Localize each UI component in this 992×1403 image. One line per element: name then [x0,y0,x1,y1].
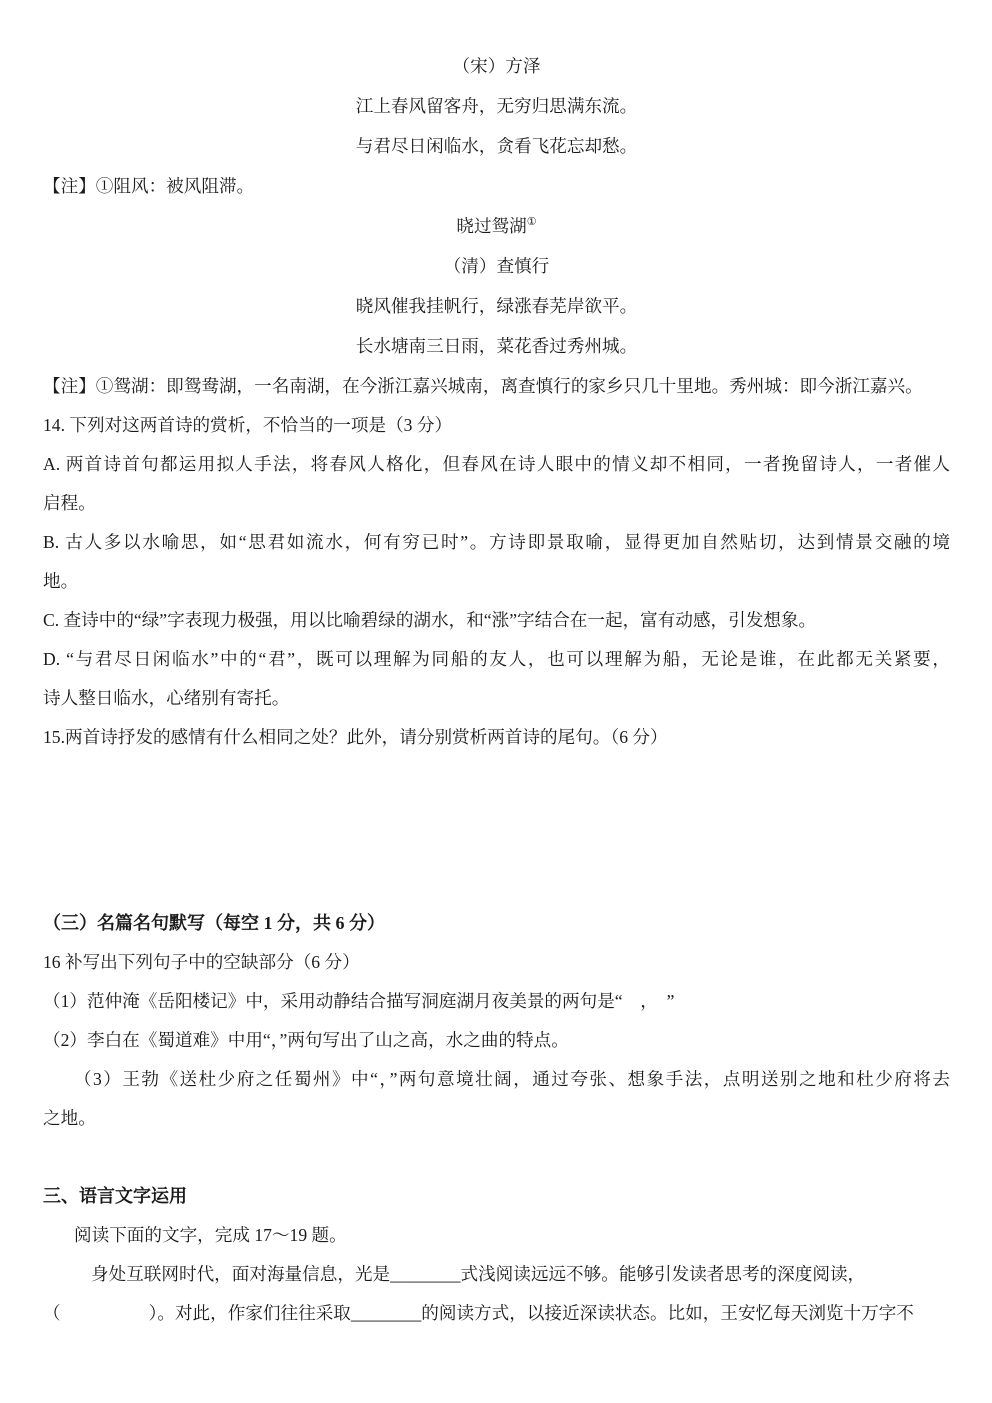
question16-item-3-line-1: （3）王勃《送杜少府之任蜀州》中“，”两句意境壮阔，通过夸张、想象手法，点明送别… [43,1060,950,1099]
question15-stem: 15.两首诗抒发的感情有什么相同之处？此外，请分别赏析两首诗的尾句。（6 分） [43,718,950,757]
poem2-line-2: 长水塘南三日雨，菜花香过秀州城。 [43,326,950,366]
poem2-author: （清）查慎行 [43,246,950,286]
question16-item-3-line-2: 之地。 [43,1099,950,1138]
poem1-author: （宋）方泽 [43,46,950,86]
poem1-line-1: 江上春风留客舟，无穷归思满东流。 [43,86,950,126]
question16-stem: 16 补写出下列句子中的空缺部分（6 分） [43,943,950,982]
poem2-title-note-ref: ① [527,216,537,228]
section-three-heading: 三、语言文字运用 [43,1177,950,1216]
question14-option-a-line-2: 启程。 [43,484,950,523]
poem1-note: 【注】①阻风：被风阻滞。 [43,166,950,206]
question16-item-2: （2）李白在《蜀道难》中用“，”两句写出了山之高，水之曲的特点。 [43,1021,950,1060]
question14-option-a-line-1: A. 两首诗首句都运用拟人手法，将春风人格化，但春风在诗人眼中的情义却不相同，一… [43,445,950,484]
poem2-note: 【注】①鸳湖：即鸳鸯湖，一名南湖，在今浙江嘉兴城南，离查慎行的家乡只几十里地。秀… [43,366,950,406]
passage-instruction: 阅读下面的文字，完成 17～19 题。 [43,1216,950,1255]
question14-option-b-line-1: B. 古人多以水喻思，如“思君如流水，何有穷已时”。方诗即景取喻，显得更加自然贴… [43,523,950,562]
poem2-title: 晓过鸳湖① [43,206,950,246]
passage-line-1: 身处互联网时代，面对海量信息，光是________式浅阅读远远不够。能够引发读者… [43,1255,950,1294]
question14-stem: 14. 下列对这两首诗的赏析，不恰当的一项是（3 分） [43,406,950,445]
poem2-line-1: 晓风催我挂帆行，绿涨春芜岸欲平。 [43,286,950,326]
blank-space [43,1138,950,1177]
question14-option-d-line-1: D. “与君尽日闲临水”中的“君”，既可以理解为同船的友人，也可以理解为船，无论… [43,640,950,679]
section-c-heading: （三）名篇名句默写（每空 1 分，共 6 分） [43,904,950,943]
poem1-line-2: 与君尽日闲临水，贪看飞花忘却愁。 [43,126,950,166]
question14-option-d-line-2: 诗人整日临水，心绪别有寄托。 [43,679,950,718]
question14-option-b-line-2: 地。 [43,562,950,601]
poem2-title-text: 晓过鸳湖 [456,216,526,236]
question14-option-c: C. 查诗中的“绿”字表现力极强，用以比喻碧绿的湖水，和“涨”字结合在一起，富有… [43,601,950,640]
question16-item-1: （1）范仲淹《岳阳楼记》中，采用动静结合描写洞庭湖月夜美景的两句是“ ， ” [43,982,950,1021]
blank-space [43,757,950,904]
passage-line-2: （ ）。对此，作家们往往采取________的阅读方式，以接近深读状态。比如，王… [43,1294,950,1333]
exam-document-page: （宋）方泽 江上春风留客舟，无穷归思满东流。 与君尽日闲临水，贪看飞花忘却愁。 … [0,0,992,1403]
